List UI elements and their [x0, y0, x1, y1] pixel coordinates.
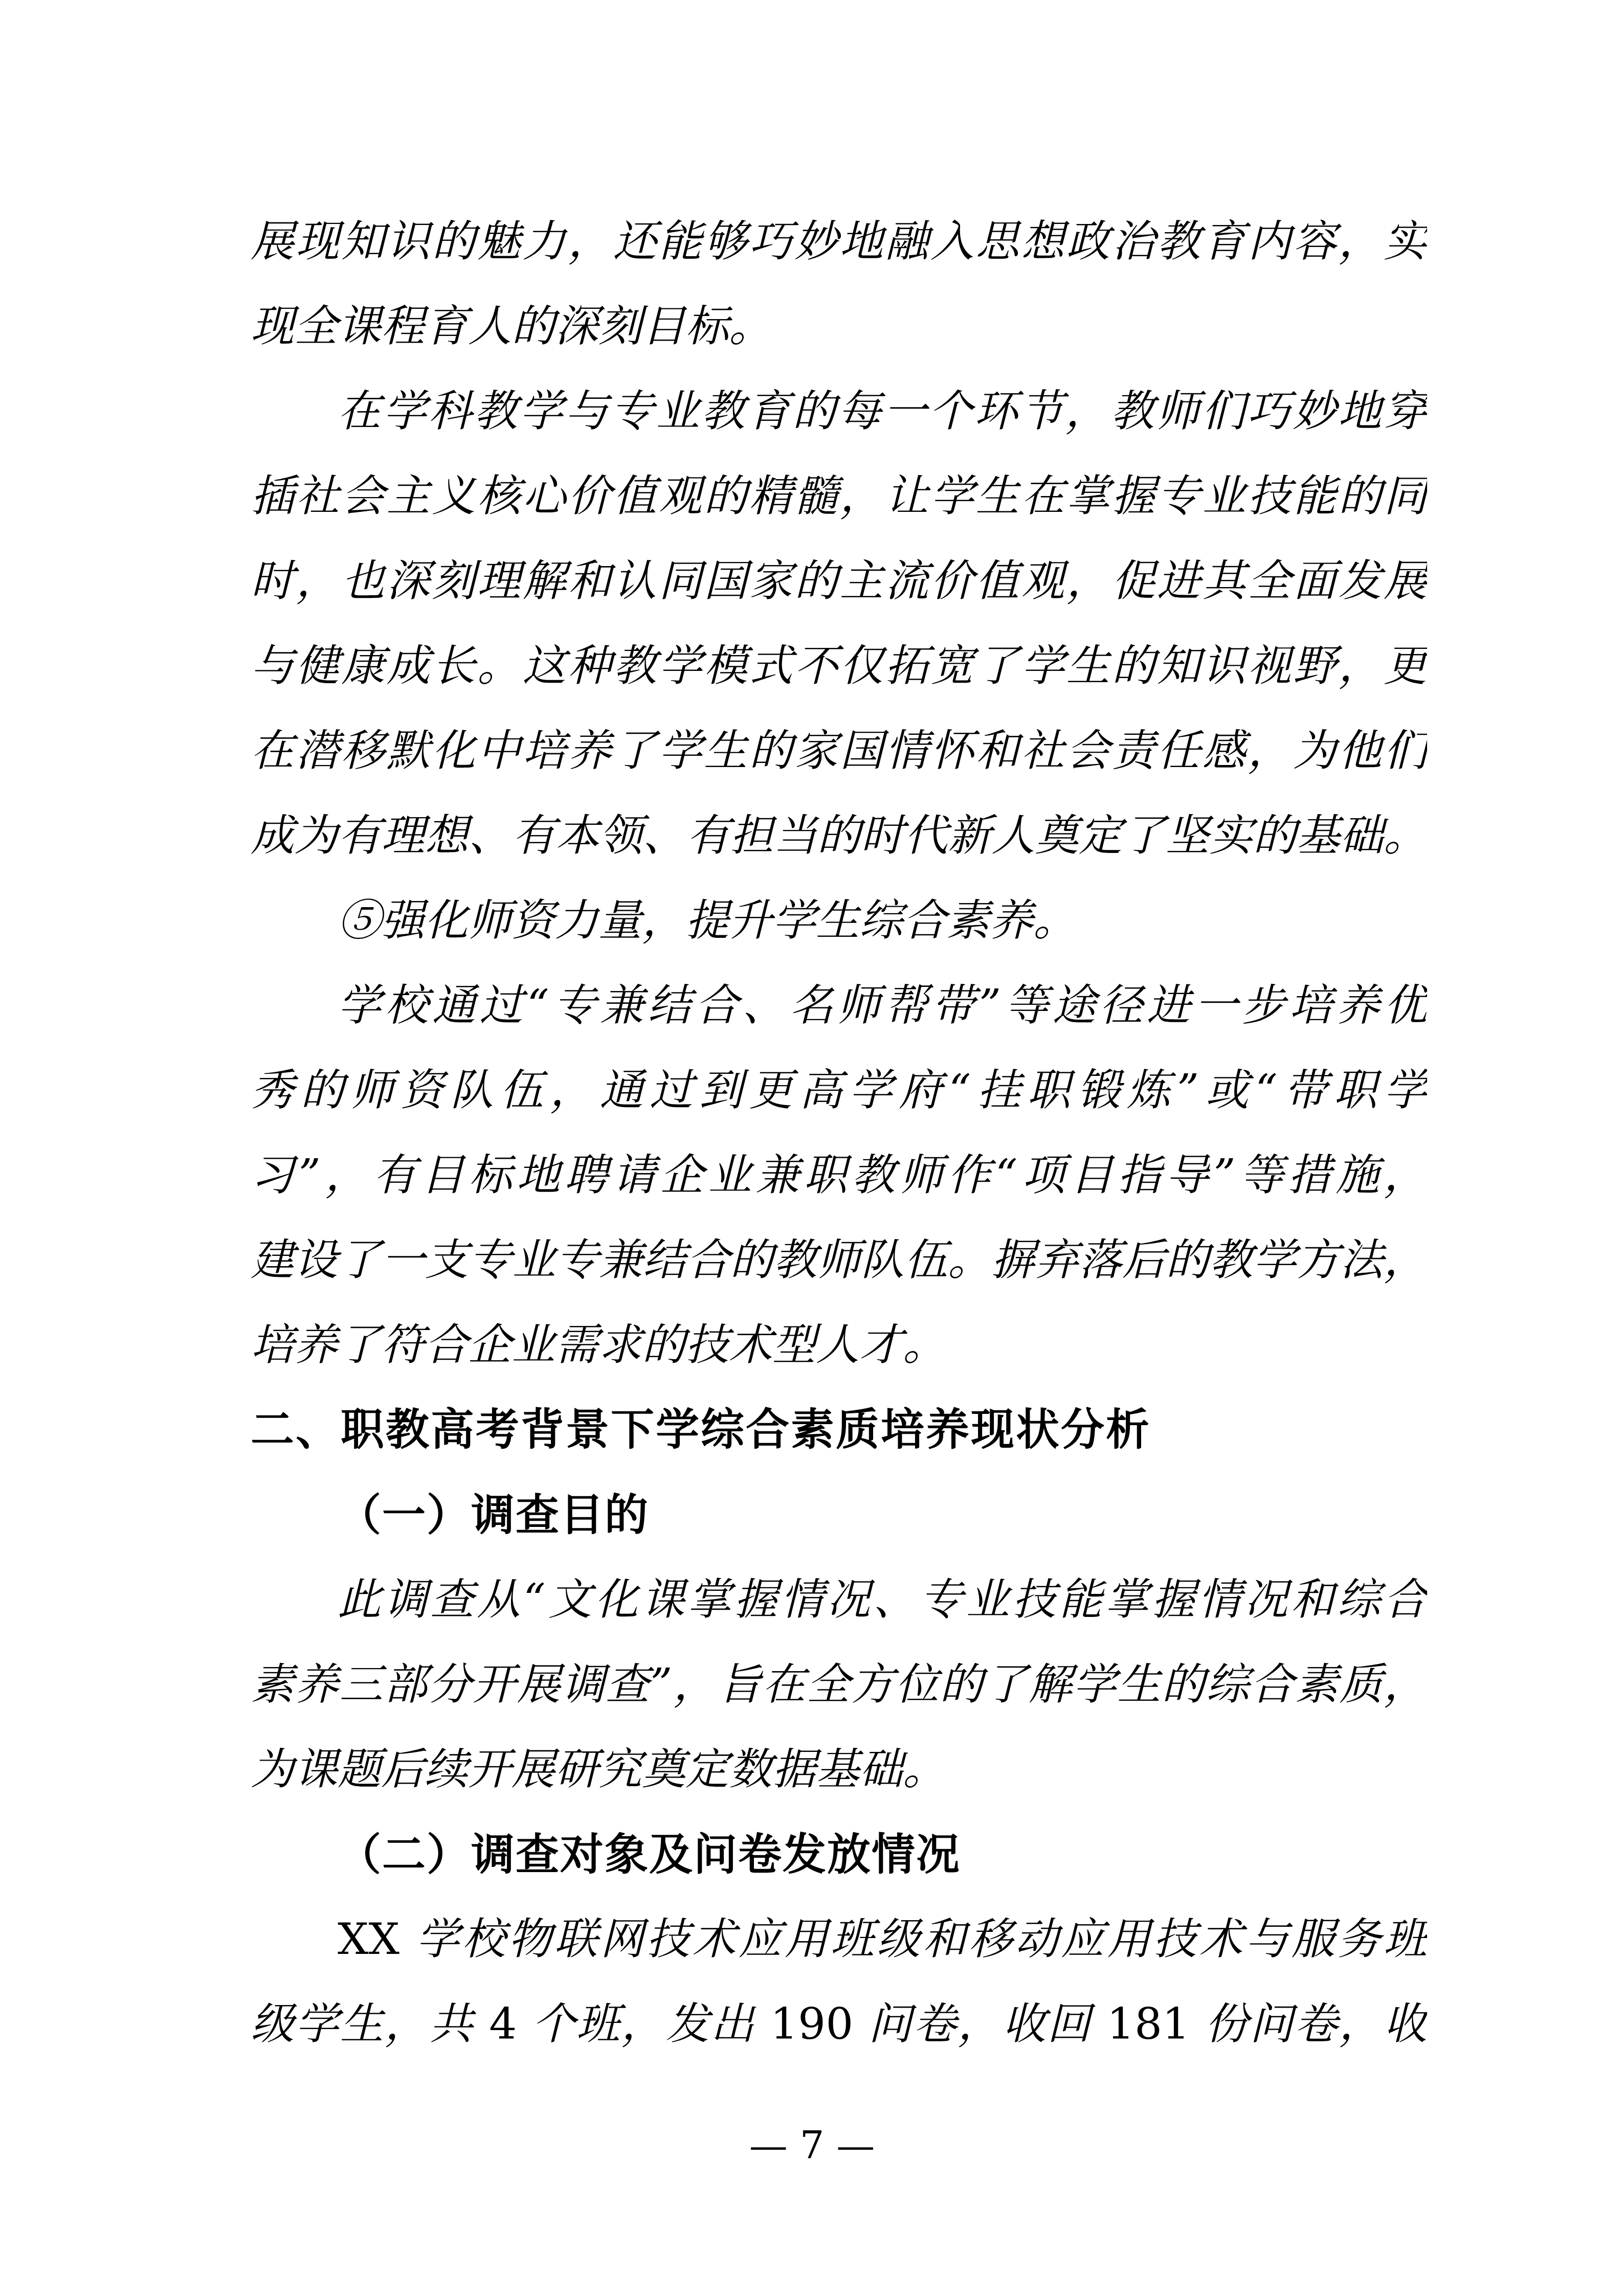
- body-line: 插社会主义核心价值观的精髓，让学生在掌握专业技能的同: [251, 454, 1427, 539]
- body-line: 为课题后续开展研究奠定数据基础。: [251, 1727, 1427, 1812]
- body-line: 级学生，共 4 个班，发出 190 问卷，收回 181 份问卷，收回: [251, 1982, 1427, 2067]
- body-line: 与健康成长。这种教学模式不仅拓宽了学生的知识视野，更: [251, 624, 1427, 709]
- body-line: 在学科教学与专业教育的每一个环节，教师们巧妙地穿: [251, 369, 1427, 454]
- body-line: 展现知识的魅力，还能够巧妙地融入思想政治教育内容，实: [251, 199, 1427, 284]
- page-footer: — 7 —: [0, 2117, 1624, 2173]
- body-line: 素养三部分开展调查”，旨在全方位的了解学生的综合素质，: [251, 1642, 1427, 1727]
- page-number: — 7 —: [749, 2123, 875, 2168]
- subsection-heading: （一）调查目的: [251, 1473, 1427, 1558]
- number-text: 190: [770, 1999, 853, 2050]
- page-content: 展现知识的魅力，还能够巧妙地融入思想政治教育内容，实 现全课程育人的深刻目标。 …: [251, 199, 1427, 2067]
- cjk-text: 问卷，收回: [853, 1999, 1107, 2050]
- number-text: 181: [1107, 1999, 1190, 2050]
- cjk-text: 个班，发出: [517, 1999, 770, 2050]
- body-line: 秀的师资队伍，通过到更高学府“挂职锻炼”或“带职学: [251, 1048, 1427, 1133]
- cjk-text: 级学生，共: [251, 1999, 489, 2050]
- cjk-text: 学校物联网技术应用班级和移动应用技术与服务班: [399, 1914, 1427, 1965]
- body-line: 现全课程育人的深刻目标。: [251, 284, 1427, 369]
- number-text: 4: [489, 1999, 517, 2050]
- body-line: ⑤强化师资力量，提升学生综合素养。: [251, 879, 1427, 963]
- body-line: 在潜移默化中培养了学生的家国情怀和社会责任感，为他们: [251, 709, 1427, 794]
- latin-text: XX: [338, 1914, 399, 1965]
- body-line: XX 学校物联网技术应用班级和移动应用技术与服务班: [251, 1897, 1427, 1982]
- body-line: 成为有理想、有本领、有担当的时代新人奠定了坚实的基础。: [251, 794, 1427, 879]
- body-line: 学校通过“专兼结合、名师帮带”等途径进一步培养优: [251, 963, 1427, 1048]
- body-line: 习”，有目标地聘请企业兼职教师作“项目指导”等措施，: [251, 1133, 1427, 1218]
- subsection-heading: （二）调查对象及问卷发放情况: [251, 1812, 1427, 1897]
- section-heading: 二、职教高考背景下学综合素质培养现状分析: [251, 1388, 1427, 1473]
- body-line: 建设了一支专业专兼结合的教师队伍。摒弃落后的教学方法，: [251, 1218, 1427, 1303]
- body-line: 此调查从“文化课掌握情况、专业技能掌握情况和综合: [251, 1558, 1427, 1642]
- body-line: 培养了符合企业需求的技术型人才。: [251, 1303, 1427, 1388]
- document-page: 展现知识的魅力，还能够巧妙地融入思想政治教育内容，实 现全课程育人的深刻目标。 …: [0, 0, 1624, 2296]
- body-line: 时，也深刻理解和认同国家的主流价值观，促进其全面发展: [251, 539, 1427, 624]
